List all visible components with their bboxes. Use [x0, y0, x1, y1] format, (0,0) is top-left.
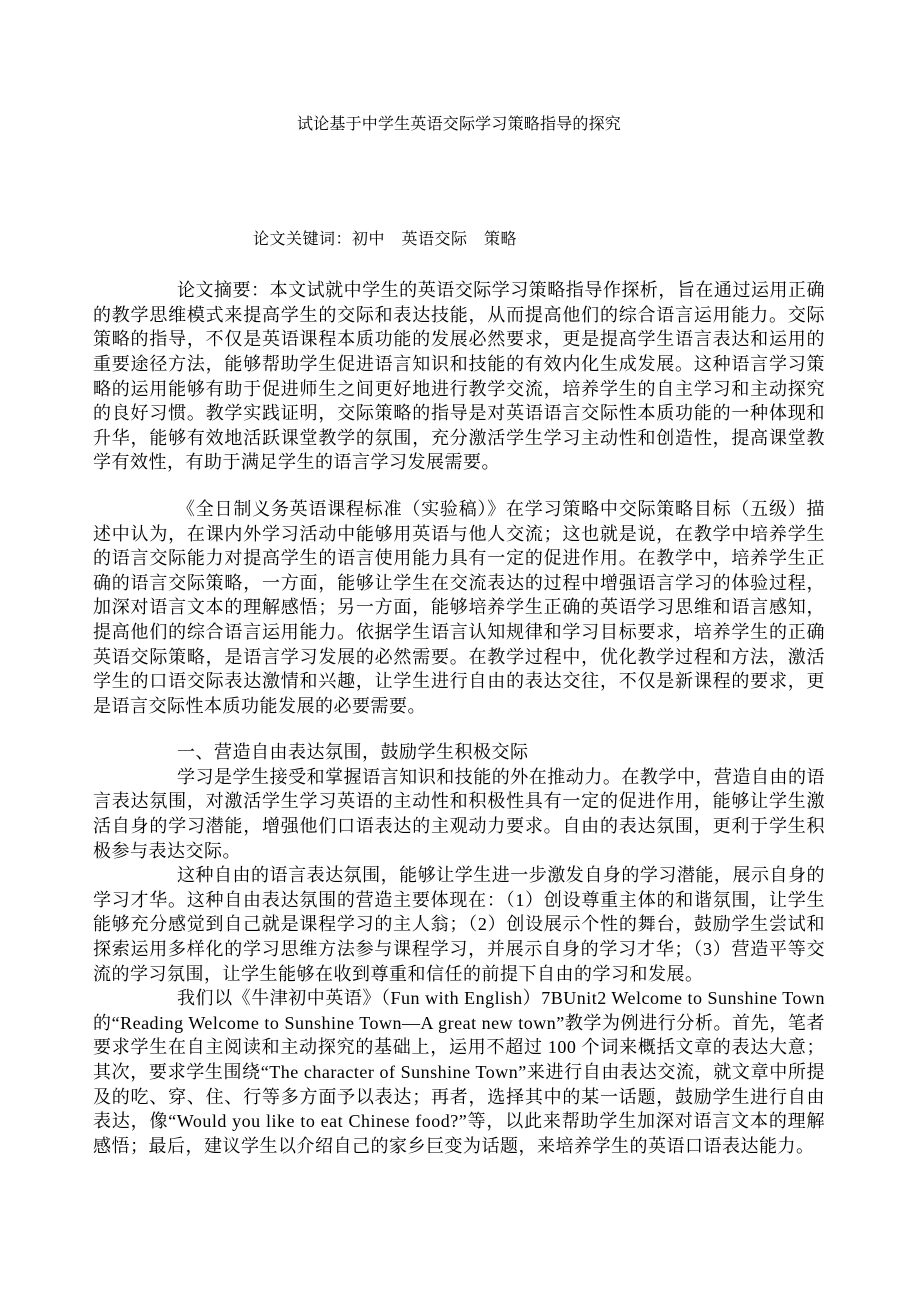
- document-title: 试论基于中学生英语交际学习策略指导的探究: [93, 113, 825, 138]
- abstract-paragraph: 论文摘要：本文试就中学生的英语交际学习策略指导作探析，旨在通过运用正确的教学思维…: [93, 278, 825, 475]
- section-1-paragraph-1: 学习是学生接受和掌握语言知识和技能的外在推动力。在教学中，营造自由的语言表达氛围…: [93, 765, 825, 863]
- intro-paragraph: 《全日制义务英语课程标准（实验稿）》在学习策略中交际策略目标（五级）描述中认为，…: [93, 497, 825, 718]
- section-1-paragraph-3: 我们以《牛津初中英语》（Fun with English）7BUnit2 Wel…: [93, 986, 825, 1158]
- document-page: 试论基于中学生英语交际学习策略指导的探究 论文关键词：初中 英语交际 策略 论文…: [0, 0, 920, 1302]
- section-1-heading: 一、营造自由表达氛围，鼓励学生积极交际: [93, 740, 825, 765]
- keywords-line: 论文关键词：初中 英语交际 策略: [93, 228, 825, 253]
- section-1-paragraph-2: 这种自由的语言表达氛围，能够让学生进一步激发自身的学习潜能，展示自身的学习才华。…: [93, 863, 825, 986]
